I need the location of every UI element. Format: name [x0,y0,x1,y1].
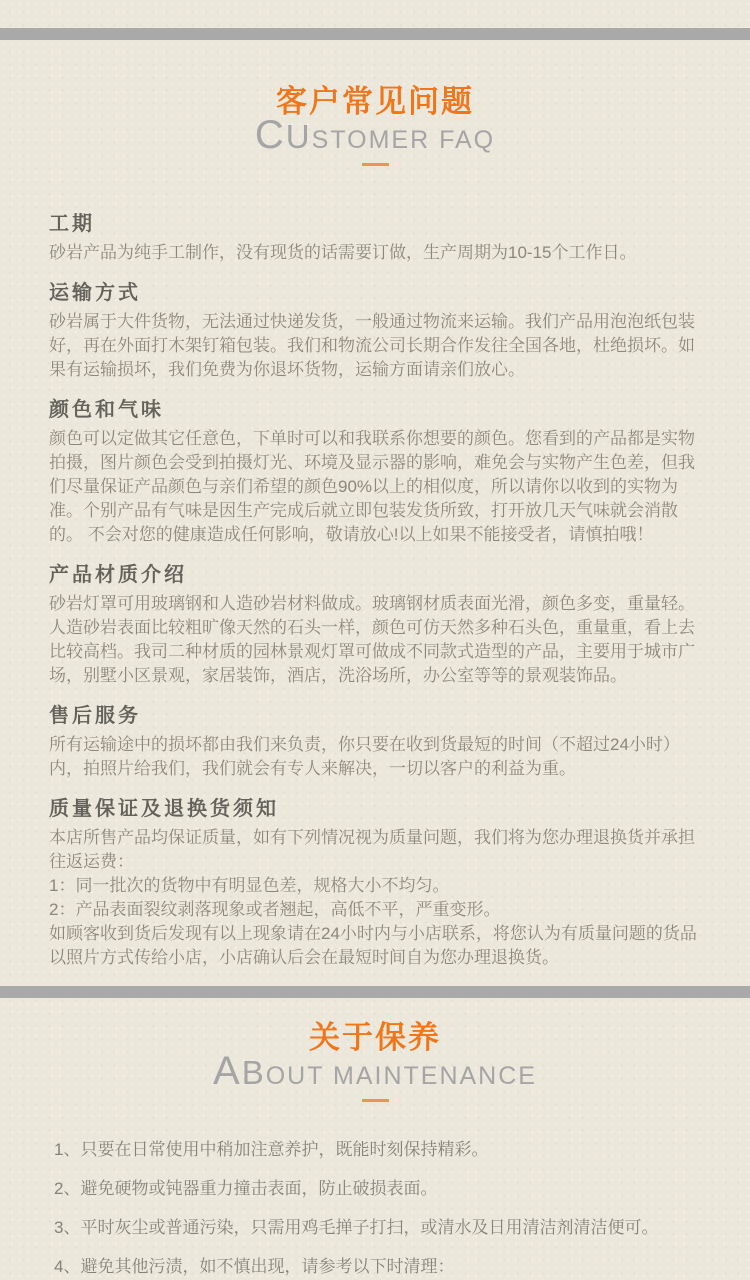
maintenance-subtitle-rest: OUT MAINTENANCE [266,1062,537,1090]
faq-section-color-smell: 颜色和气味 颜色可以定做其它任意色，下单时可以和我联系你想要的颜色。您看到的产品… [49,398,701,547]
faq-section-material: 产品材质介绍 砂岩灯罩可用玻璃钢和人造砂岩材料做成。玻璃钢材质表面光滑，颜色多变… [49,563,701,688]
faq-section-quality-return-body: 本店所售产品均保证质量，如有下列情况视为质量问题，我们将为您办理退换货并承担往返… [49,826,701,970]
maintenance-list-item: 3、平时灰尘或普通污染，只需用鸡毛掸子打扫，或清水及日用清洁剂清洁便可。 [54,1216,706,1240]
faq-section-quality-return: 质量保证及退换货须知 本店所售产品均保证质量，如有下列情况视为质量问题，我们将为… [49,797,701,970]
faq-title: 客户常见问题 [0,84,750,120]
faq-underline-dash [362,163,389,166]
maintenance-subtitle-second: B [242,1054,266,1091]
faq-section-quality-return-heading: 质量保证及退换货须知 [49,797,701,821]
faq-subtitle-initial: C [255,113,286,157]
section-divider-bar [0,986,750,998]
faq-header: 客户常见问题 CUSTOMER FAQ [0,84,750,166]
faq-section-shipping-body: 砂岩属于大件货物，无法通过快递发货，一般通过物流来运输。我们产品用泡泡纸包装好，… [49,310,701,382]
faq-section-production-time-heading: 工期 [49,212,701,236]
maintenance-list-item: 1、只要在日常使用中稍加注意养护，既能时刻保持精彩。 [54,1138,706,1162]
product-description-page: 客户常见问题 CUSTOMER FAQ 工期 砂岩产品为纯手工制作，没有现货的话… [0,28,750,1279]
faq-content: 工期 砂岩产品为纯手工制作，没有现货的话需要订做，生产周期为10-15个工作日。… [0,212,750,970]
faq-section-material-heading: 产品材质介绍 [49,563,701,587]
maintenance-list-item: 2、避免硬物或钝器重力撞击表面，防止破损表面。 [54,1177,706,1201]
faq-section-production-time-body: 砂岩产品为纯手工制作，没有现货的话需要订做，生产周期为10-15个工作日。 [49,241,701,265]
maintenance-underline-dash [362,1099,389,1102]
faq-subtitle: CUSTOMER FAQ [0,120,750,159]
maintenance-title: 关于保养 [0,1020,750,1056]
maintenance-header: 关于保养 ABOUT MAINTENANCE [0,1020,750,1102]
maintenance-subtitle: ABOUT MAINTENANCE [0,1056,750,1095]
faq-section-after-sales-heading: 售后服务 [49,704,701,728]
top-divider-bar [0,28,750,40]
faq-section-production-time: 工期 砂岩产品为纯手工制作，没有现货的话需要订做，生产周期为10-15个工作日。 [49,212,701,265]
faq-section-after-sales-body: 所有运输途中的损坏都由我们来负责，你只要在收到货最短的时间（不超过24小时）内，… [49,733,701,781]
faq-section-shipping: 运输方式 砂岩属于大件货物，无法通过快递发货，一般通过物流来运输。我们产品用泡泡… [49,281,701,382]
faq-section-after-sales: 售后服务 所有运输途中的损坏都由我们来负责，你只要在收到货最短的时间（不超过24… [49,704,701,781]
maintenance-list: 1、只要在日常使用中稍加注意养护，既能时刻保持精彩。 2、避免硬物或钝器重力撞击… [0,1138,750,1279]
faq-subtitle-rest: STOMER FAQ [312,126,495,154]
faq-section-color-smell-body: 颜色可以定做其它任意色，下单时可以和我联系你想要的颜色。您看到的产品都是实物拍摄… [49,427,701,547]
faq-section-material-body: 砂岩灯罩可用玻璃钢和人造砂岩材料做成。玻璃钢材质表面光滑，颜色多变，重量轻。人造… [49,592,701,688]
faq-section-color-smell-heading: 颜色和气味 [49,398,701,422]
maintenance-subtitle-initial: A [213,1049,242,1093]
faq-subtitle-second: U [286,118,312,155]
maintenance-list-item: 4、避免其他污渍，如不慎出现，请参考以下时清理： [54,1255,706,1279]
faq-section-shipping-heading: 运输方式 [49,281,701,305]
